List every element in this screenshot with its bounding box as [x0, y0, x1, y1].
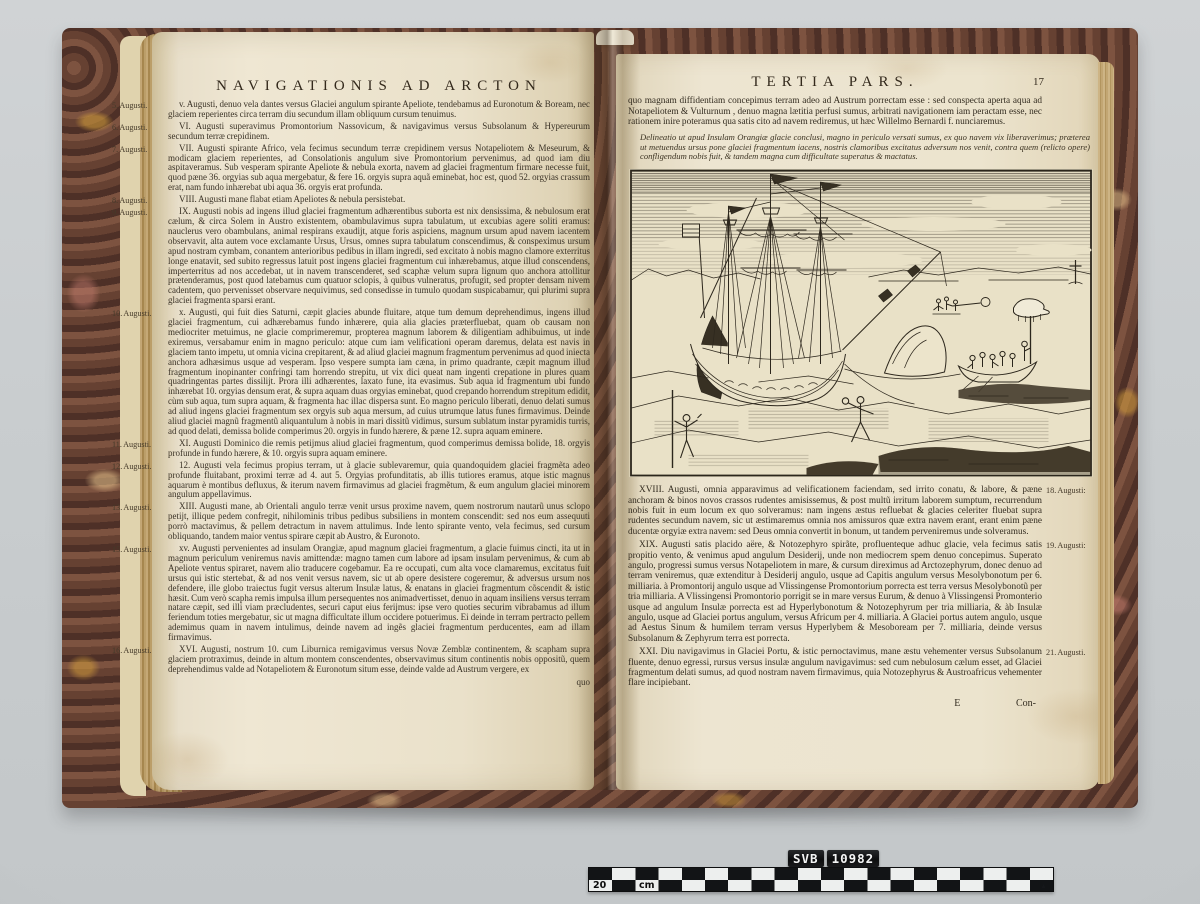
paragraph-text: XI. Augusti Dominico die remis petijmus …	[168, 438, 590, 458]
margin-date: 16. Augusti.	[112, 646, 162, 656]
paragraph-text: VII. Augusti spirante Africo, vela fecim…	[168, 143, 590, 193]
margin-date: 6. Augusti.	[112, 123, 162, 133]
scale-unit-label: cm	[639, 880, 655, 892]
engraving-illustration	[628, 168, 1094, 478]
scale-bar-bottom-row: 20 cm ▲	[589, 880, 1053, 892]
margin-date: 19. Augusti:	[1046, 541, 1094, 551]
paragraph-text: v. Augusti, denuo vela dantes versus Gla…	[168, 99, 590, 119]
paragraph-text: xv. Augusti pervenientes ad insulam Oran…	[168, 543, 590, 642]
scale-bar: 20 cm ▲	[588, 867, 1054, 892]
scale-length-label: 20	[593, 880, 606, 892]
right-paragraph: 18. Augusti: XVIII. Augusti, omnia appar…	[628, 485, 1094, 537]
left-paragraph: 6. Augusti. VI. Augusti superavimus Prom…	[112, 122, 590, 142]
left-paragraph: 12. Augusti. 12. Augusti vela fecimus pr…	[112, 461, 590, 501]
left-page-text-block: NAVIGATIONIS AD ARCTON 5. Augusti. v. Au…	[112, 78, 590, 687]
left-paragraph: 8. Augusti. VIII. Augusti mane flabat et…	[112, 195, 590, 205]
photograph-of-open-book: NAVIGATIONIS AD ARCTON 5. Augusti. v. Au…	[0, 0, 1200, 904]
paragraph-text: XVI. Augusti, nostrum 10. cum Liburnica …	[168, 644, 590, 674]
right-paragraph: 21. Augusti. XXI. Diu navigavimus in Gla…	[628, 647, 1094, 689]
left-paragraph: 11. Augusti. XI. Augusti Dominico die re…	[112, 439, 590, 459]
gathering-signature: E	[954, 698, 960, 709]
paragraph-text: x. Augusti, qui fuit dies Saturni, cæpit…	[168, 307, 590, 436]
margin-date: 21. Augusti.	[1046, 648, 1094, 658]
left-paragraph: 5. Augusti. v. Augusti, denuo vela dante…	[112, 100, 590, 120]
page-number: 17	[1033, 76, 1044, 88]
margin-date: 11. Augusti.	[112, 440, 162, 450]
right-running-head: TERTIA PARS. 17	[628, 74, 1094, 91]
catchword: quo	[112, 677, 590, 687]
paragraph-text: XXI. Diu navigavimus in Glaciei Portu, &…	[628, 647, 1042, 688]
margin-date: 8. Augusti.	[112, 196, 162, 206]
left-paragraph: 13. Augusti. XIII. Augusti mane, ab Orie…	[112, 502, 590, 542]
left-paragraph: 9. Augusti. IX. Augusti nobis ad ingens …	[112, 207, 590, 306]
catalog-label-number: 10982	[827, 850, 880, 867]
margin-date: 12. Augusti.	[112, 462, 162, 472]
catchword: Con-	[1016, 698, 1036, 709]
paragraph-text: 12. Augusti vela fecimus propius terram,…	[168, 460, 590, 500]
engraving-svg	[628, 168, 1094, 478]
photo-scale-ruler: SVB 10982 20 cm ▲	[588, 850, 1054, 894]
catalog-number-label: SVB 10982	[788, 850, 879, 867]
margin-date: 5. Augusti.	[112, 101, 162, 111]
engraving-caption: Delineatio ut apud Insulam Orangiæ glaci…	[628, 133, 1094, 162]
catalog-label-svb: SVB	[788, 850, 824, 867]
left-paragraph: 7. Augusti. VII. Augusti spirante Africo…	[112, 144, 590, 194]
signature-row: E Con-	[628, 698, 1094, 712]
left-paragraph: 10. Augusti. x. Augusti, qui fuit dies S…	[112, 308, 590, 437]
left-running-head: NAVIGATIONIS AD ARCTON	[112, 78, 590, 95]
scale-bar-top-row	[589, 868, 1053, 880]
paragraph-text: XIX. Augusti satis placido aëre, & Notoz…	[628, 540, 1042, 644]
right-paragraph: 19. Augusti: XIX. Augusti satis placido …	[628, 540, 1094, 644]
page-stack-fore-edge-right	[1098, 62, 1114, 784]
paragraph-text: IX. Augusti nobis ad ingens illud glacie…	[168, 206, 590, 305]
margin-date: 7. Augusti.	[112, 145, 162, 155]
right-running-head-text: TERTIA PARS.	[751, 74, 918, 90]
triangle-mark-icon: ▲	[1040, 881, 1047, 891]
right-page-text-block: TERTIA PARS. 17 quo magnam diffidentiam …	[628, 74, 1094, 712]
margin-date: 10. Augusti.	[112, 309, 162, 319]
paragraph-text: XVIII. Augusti, omnia apparavimus ad vel…	[628, 485, 1042, 537]
right-intro-paragraph: quo magnam diffidentiam concepimus terra…	[628, 96, 1094, 128]
margin-date: 9. Augusti.	[112, 208, 162, 218]
paragraph-text: XIII. Augusti mane, ab Orientali angulo …	[168, 501, 590, 541]
margin-date: 15. Augusti.	[112, 545, 162, 555]
margin-date: 13. Augusti.	[112, 503, 162, 513]
paragraph-text: VI. Augusti superavimus Promontorium Nas…	[168, 121, 590, 141]
left-paragraph: 16. Augusti. XVI. Augusti, nostrum 10. c…	[112, 645, 590, 675]
paragraph-text: VIII. Augusti mane flabat etiam Apeliote…	[179, 194, 405, 204]
left-paragraph: 15. Augusti. xv. Augusti pervenientes ad…	[112, 544, 590, 643]
margin-date: 18. Augusti:	[1046, 486, 1094, 496]
